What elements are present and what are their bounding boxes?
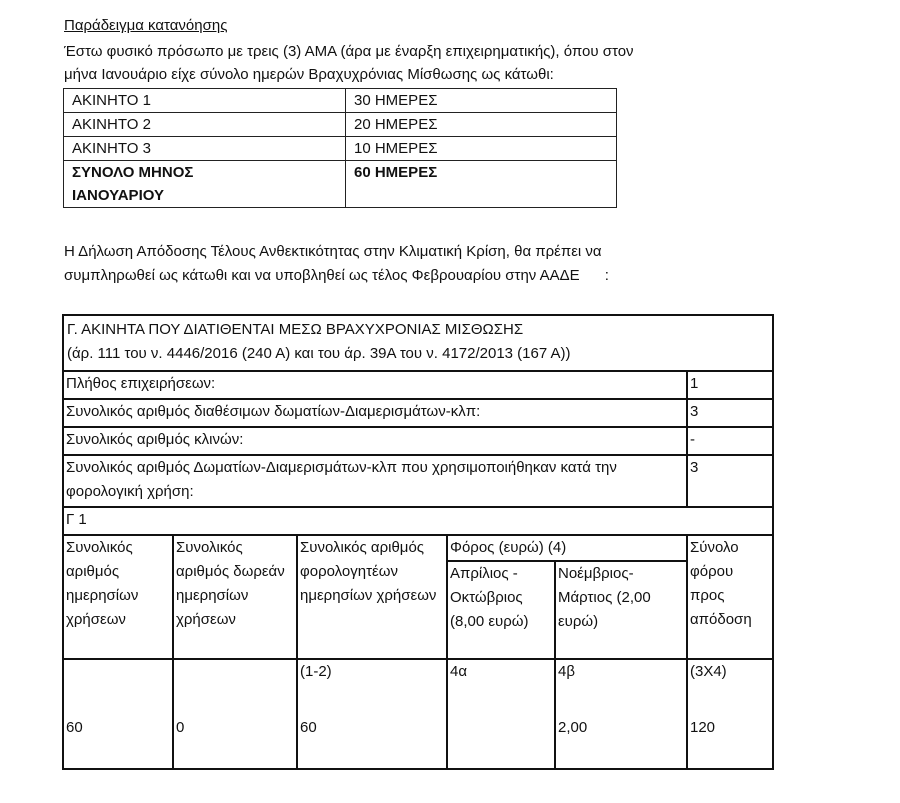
total-label-line-2: ΙΑΝΟΥΑΡΙΟΥ xyxy=(72,184,345,207)
total-label-line-1: ΣΥΝΟΛΟ ΜΗΝΟΣ xyxy=(72,161,345,184)
instructions-line-2: συμπληρωθεί ως κάτωθι και να υποβληθεί ω… xyxy=(64,264,824,288)
column-header-total-uses: Συνολικός αριθμός ημερησίων χρήσεων xyxy=(63,535,173,659)
value-number: 120 xyxy=(690,716,770,740)
form-field-row: Πλήθος επιχειρήσεων: 1 xyxy=(63,371,773,399)
column-header-april-october: Απρίλιος - Οκτώβριος (8,00 ευρώ) xyxy=(447,561,555,659)
value-code: 4β xyxy=(558,660,684,684)
table-row: ΑΚΙΝΗΤΟ 3 10 ΗΜΕΡΕΣ xyxy=(64,137,617,161)
intro-paragraph: Έστω φυσικό πρόσωπο με τρεις (3) ΑΜΑ (άρ… xyxy=(64,40,824,86)
declaration-form-table: Γ. ΑΚΙΝΗΤΑ ΠΟΥ ΔΙΑΤΙΘΕΝΤΑΙ ΜΕΣΩ ΒΡΑΧΥΧΡΟ… xyxy=(62,314,774,770)
column-header-row: Συνολικός αριθμός ημερησίων χρήσεων Συνο… xyxy=(63,535,773,561)
property-cell: ΑΚΙΝΗΤΟ 3 xyxy=(64,137,346,161)
days-cell: 20 ΗΜΕΡΕΣ xyxy=(346,113,617,137)
value-free-uses: 0 xyxy=(173,659,297,769)
value-code: 4α xyxy=(450,660,552,684)
field-label: Πλήθος επιχειρήσεων: xyxy=(63,371,687,399)
field-value: - xyxy=(687,427,773,455)
intro-line-1: Έστω φυσικό πρόσωπο με τρεις (3) ΑΜΑ (άρ… xyxy=(64,40,824,63)
form-heading: Γ. ΑΚΙΝΗΤΑ ΠΟΥ ΔΙΑΤΙΘΕΝΤΑΙ ΜΕΣΩ ΒΡΑΧΥΧΡΟ… xyxy=(63,315,773,371)
column-header-total-tax: Σύνολο φόρου προς απόδοση xyxy=(687,535,773,659)
value-number: 60 xyxy=(66,716,170,740)
values-row: 60 0 (1-2) 60 4α 4β 2,00 (3X4) 120 xyxy=(63,659,773,769)
value-number: 0 xyxy=(176,716,294,740)
form-field-row: Συνολικός αριθμός διαθέσιμων δωματίων-Δι… xyxy=(63,399,773,427)
property-cell: ΑΚΙΝΗΤΟ 2 xyxy=(64,113,346,137)
field-label: Συνολικός αριθμός διαθέσιμων δωματίων-Δι… xyxy=(63,399,687,427)
field-value: 1 xyxy=(687,371,773,399)
column-header-taxable-uses: Συνολικός αριθμός φορολογητέων ημερησίων… xyxy=(297,535,447,659)
column-header-november-march: Νοέμβριος- Μάρτιος (2,00 ευρώ) xyxy=(555,561,687,659)
field-value: 3 xyxy=(687,399,773,427)
value-code xyxy=(66,660,170,684)
days-table: ΑΚΙΝΗΤΟ 1 30 ΗΜΕΡΕΣ ΑΚΙΝΗΤΟ 2 20 ΗΜΕΡΕΣ … xyxy=(63,88,617,208)
section-label: Γ 1 xyxy=(63,507,773,535)
value-taxable-uses: (1-2) 60 xyxy=(297,659,447,769)
field-value: 3 xyxy=(687,455,773,507)
intro-line-2: μήνα Ιανουάριο είχε σύνολο ημερών Βραχυχ… xyxy=(64,63,824,86)
column-header-free-uses: Συνολικός αριθμός δωρεάν ημερησίων χρήσε… xyxy=(173,535,297,659)
example-title: Παράδειγμα κατανόησης xyxy=(64,17,227,34)
value-total-uses: 60 xyxy=(63,659,173,769)
form-field-row: Συνολικός αριθμός Δωματίων-Διαμερισμάτων… xyxy=(63,455,773,507)
form-heading-row: Γ. ΑΚΙΝΗΤΑ ΠΟΥ ΔΙΑΤΙΘΕΝΤΑΙ ΜΕΣΩ ΒΡΑΧΥΧΡΟ… xyxy=(63,315,773,371)
value-november-march: 4β 2,00 xyxy=(555,659,687,769)
form-heading-line-2: (άρ. 111 του ν. 4446/2016 (240 Α) και το… xyxy=(67,342,769,366)
value-total-tax: (3X4) 120 xyxy=(687,659,773,769)
field-label: Συνολικός αριθμός κλινών: xyxy=(63,427,687,455)
form-field-row: Συνολικός αριθμός κλινών: - xyxy=(63,427,773,455)
value-code xyxy=(176,660,294,684)
total-row: ΣΥΝΟΛΟ ΜΗΝΟΣ ΙΑΝΟΥΑΡΙΟΥ 60 ΗΜΕΡΕΣ xyxy=(64,161,617,208)
table-row: ΑΚΙΝΗΤΟ 2 20 ΗΜΕΡΕΣ xyxy=(64,113,617,137)
table-row: ΑΚΙΝΗΤΟ 1 30 ΗΜΕΡΕΣ xyxy=(64,89,617,113)
value-code: (1-2) xyxy=(300,660,444,684)
column-header-tax-group: Φόρος (ευρώ) (4) xyxy=(447,535,687,561)
instructions-paragraph: Η Δήλωση Απόδοσης Τέλους Ανθεκτικότητας … xyxy=(64,240,824,288)
form-heading-line-1: Γ. ΑΚΙΝΗΤΑ ΠΟΥ ΔΙΑΤΙΘΕΝΤΑΙ ΜΕΣΩ ΒΡΑΧΥΧΡΟ… xyxy=(67,318,769,342)
instructions-line-1: Η Δήλωση Απόδοσης Τέλους Ανθεκτικότητας … xyxy=(64,240,824,264)
value-code: (3X4) xyxy=(690,660,770,684)
field-label: Συνολικός αριθμός Δωματίων-Διαμερισμάτων… xyxy=(63,455,687,507)
value-april-october: 4α xyxy=(447,659,555,769)
total-days-cell: 60 ΗΜΕΡΕΣ xyxy=(346,161,617,208)
days-cell: 10 ΗΜΕΡΕΣ xyxy=(346,137,617,161)
total-label-cell: ΣΥΝΟΛΟ ΜΗΝΟΣ ΙΑΝΟΥΑΡΙΟΥ xyxy=(64,161,346,208)
value-number: 2,00 xyxy=(558,716,684,740)
days-cell: 30 ΗΜΕΡΕΣ xyxy=(346,89,617,113)
value-number: 60 xyxy=(300,716,444,740)
section-row: Γ 1 xyxy=(63,507,773,535)
property-cell: ΑΚΙΝΗΤΟ 1 xyxy=(64,89,346,113)
